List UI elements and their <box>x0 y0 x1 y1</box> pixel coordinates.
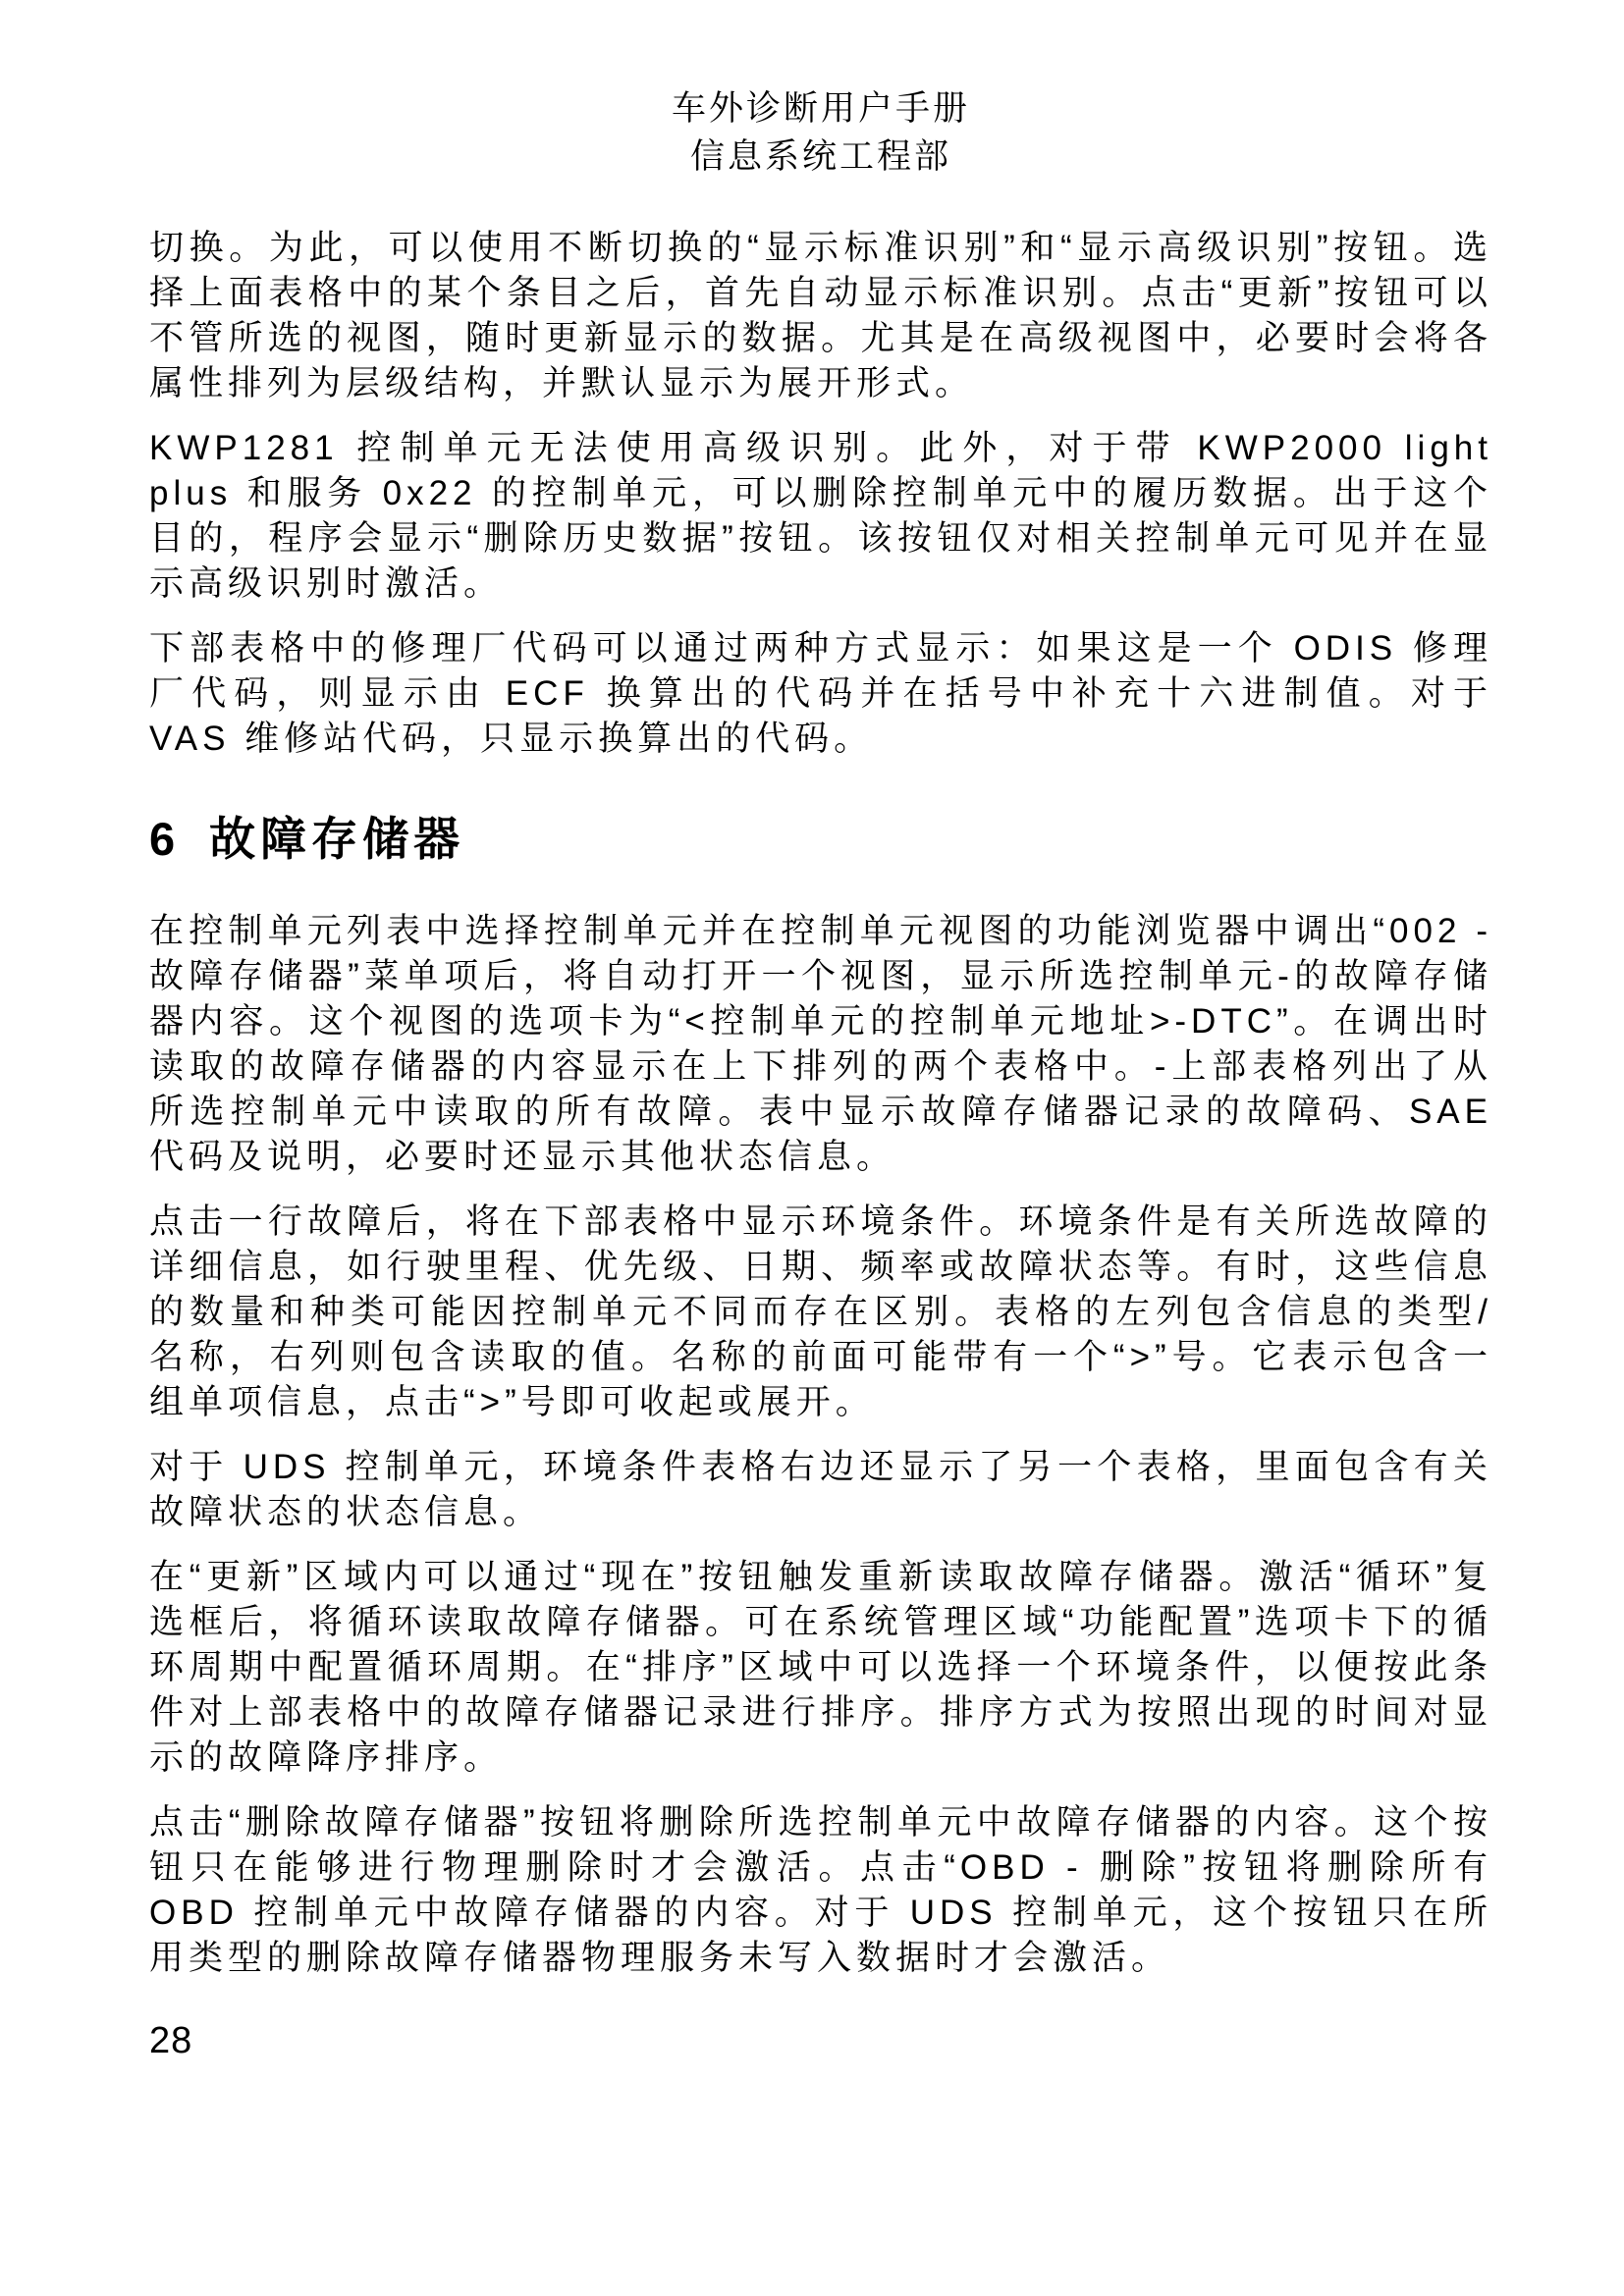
doc-department: 信息系统工程部 <box>149 133 1492 181</box>
paragraph-uds-status-table: 对于 UDS 控制单元，环境条件表格右边还显示了另一个表格，里面包含有关故障状态… <box>149 1445 1492 1535</box>
paragraph-ambient-conditions: 点击一行故障后，将在下部表格中显示环境条件。环境条件是有关所选故障的详细信息，如… <box>149 1200 1492 1425</box>
paragraph-update-sort: 在“更新”区域内可以通过“现在”按钮触发重新读取故障存储器。激活“循环”复选框后… <box>149 1555 1492 1781</box>
paragraph-workshop-code: 下部表格中的修理厂代码可以通过两种方式显示：如果这是一个 ODIS 修理厂代码，… <box>149 626 1492 762</box>
page-number: 28 <box>149 2018 1492 2063</box>
doc-title: 车外诊断用户手册 <box>149 84 1492 133</box>
page-body: 切换。为此，可以使用不断切换的“显示标准识别”和“显示高级识别”按钮。选择上面表… <box>149 226 1492 1981</box>
paragraph-dtc-view: 在控制单元列表中选择控制单元并在控制单元视图的功能浏览器中调出“002 - 故障… <box>149 909 1492 1180</box>
manual-page: 车外诊断用户手册 信息系统工程部 切换。为此，可以使用不断切换的“显示标准识别”… <box>0 0 1624 2296</box>
section-heading: 6故障存储器 <box>149 811 1492 868</box>
section-number: 6 <box>149 811 180 868</box>
page-footer: 28 <box>149 2018 1492 2063</box>
paragraph-clear-dtc: 点击“删除故障存储器”按钮将删除所选控制单元中故障存储器的内容。这个按钮只在能够… <box>149 1800 1492 1981</box>
paragraph-toggle-identification: 切换。为此，可以使用不断切换的“显示标准识别”和“显示高级识别”按钮。选择上面表… <box>149 226 1492 406</box>
paragraph-kwp1281: KWP1281 控制单元无法使用高级识别。此外，对于带 KWP2000 ligh… <box>149 426 1492 607</box>
page-header: 车外诊断用户手册 信息系统工程部 <box>149 84 1492 181</box>
section-title: 故障存储器 <box>209 813 464 865</box>
